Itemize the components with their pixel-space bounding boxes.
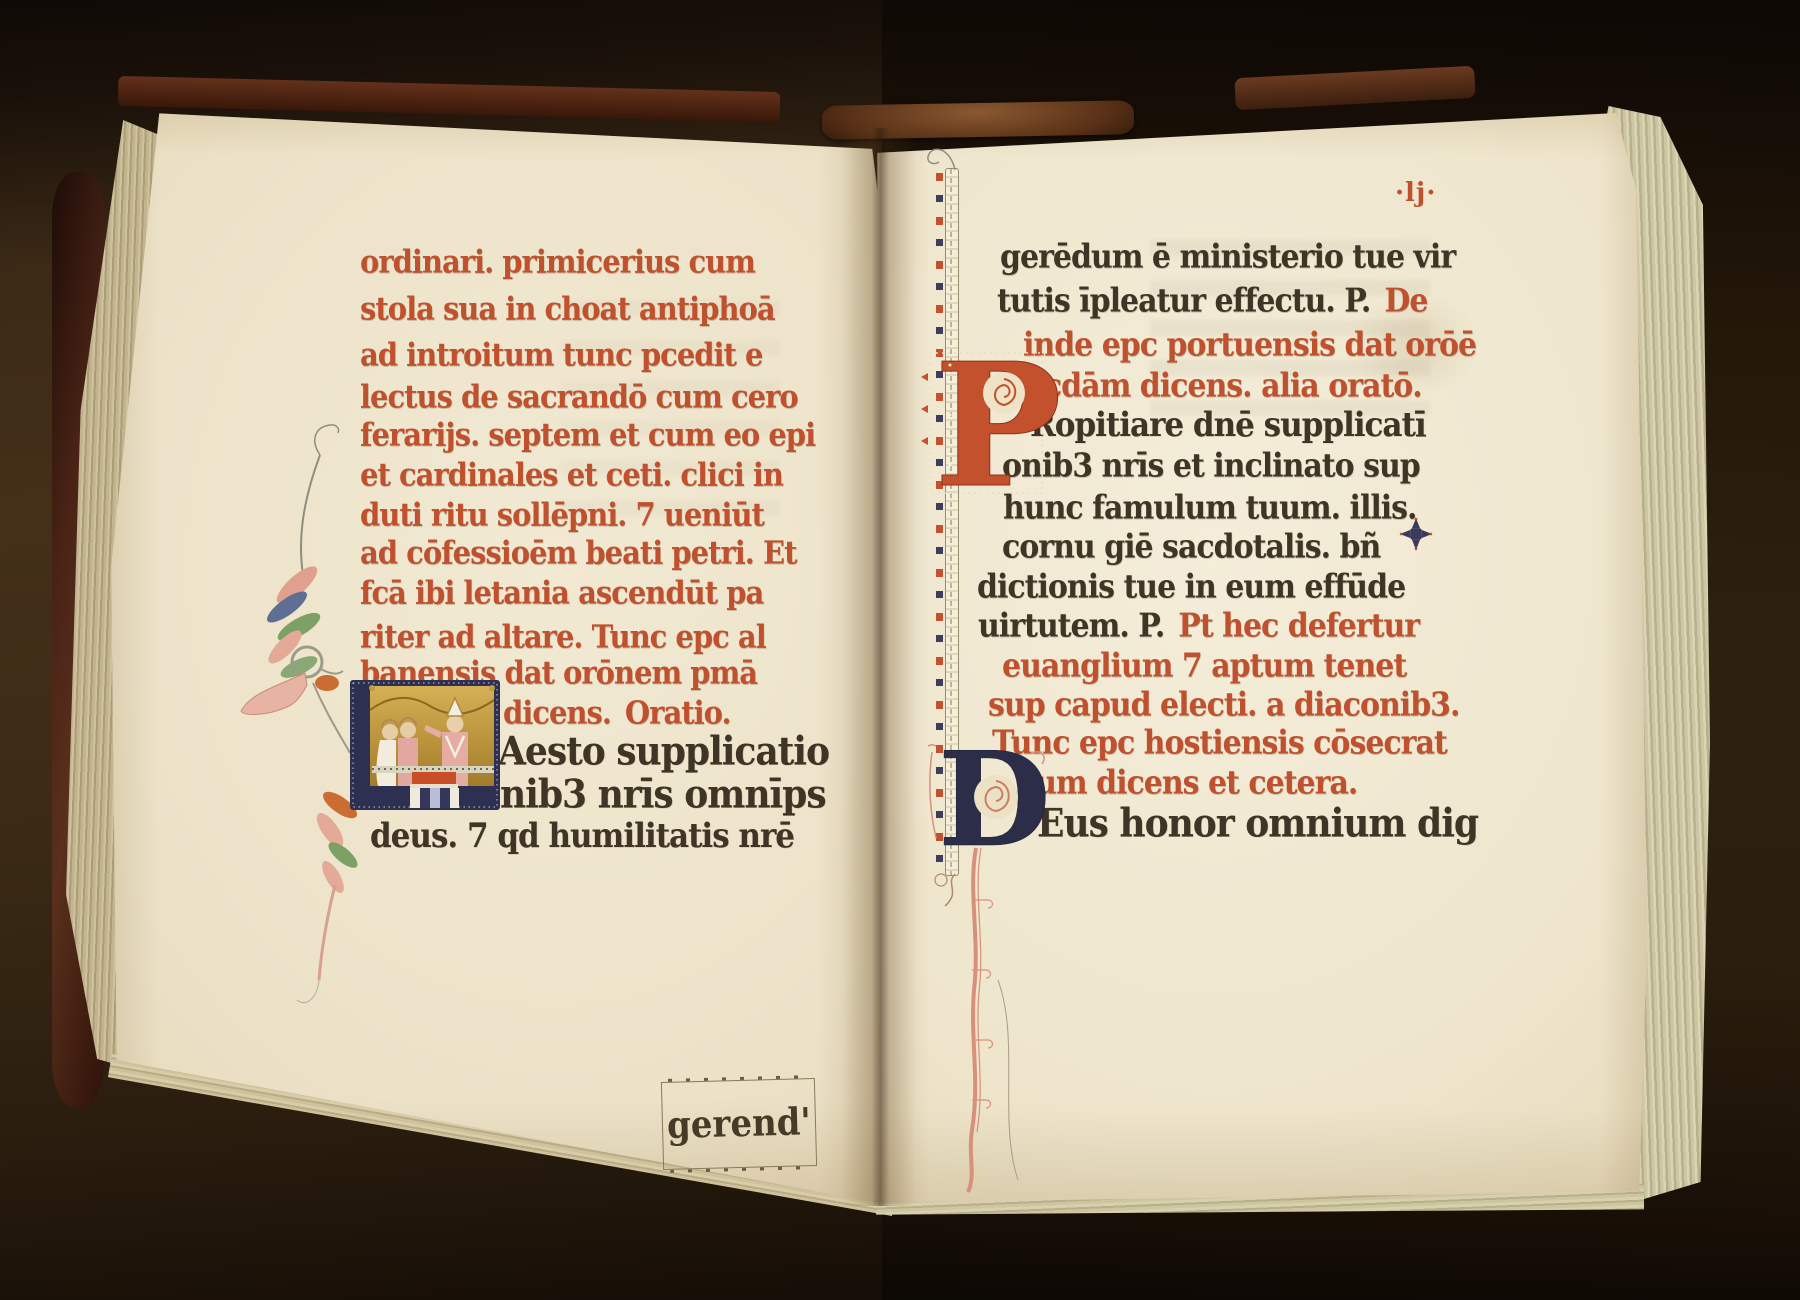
rubric-line: ordinari. primicerius cum [360,243,755,280]
prayer-line: deus. 7 qd humilitatis nrē [370,816,794,856]
text-line: Eus honor omnium dig [1037,800,1478,846]
oratio-label: Oratio. [625,694,731,731]
rubric-line: et cardinales et ceti. clici in [360,456,783,493]
initial-p: P [920,345,1060,500]
rubric-line: fcā ibi letania ascendūt pa [360,574,763,611]
text-line: scdām dicens. alia oratō. [1028,367,1422,406]
text-line: eum dicens et cetera. [1017,764,1357,803]
text-line: hunc famulum tuum. illis. [1003,489,1416,528]
catchword-frame: gerend' [661,1078,817,1170]
text-line: Ropitiare dnē supplicatī [1030,405,1426,445]
svg-text:P: P [934,345,1060,500]
historiated-initial-miniature [350,680,500,815]
rubric-line: duti ritu sollēpni. 7 ueniūt [360,496,764,533]
text-line: tutis īpleatur effectu. P.De [997,282,1427,321]
maltese-cross-icon [1398,516,1434,552]
rubric-line: riter ad altare. Tunc epc al [360,618,766,655]
rubric-line: stola sua in choat antiphoā [360,290,775,327]
rubric-line: ad cōfessioēm beati petri. Et [360,534,796,571]
text-line: euanglium 7 aptum tenet [1002,647,1406,686]
prayer-line: Aesto supplicatio [498,728,829,774]
text-line: dictionis tue in eum effūde [977,568,1405,607]
rubric-line: lectus de sacrandō cum cero [360,378,798,415]
text-line: cornu giē sacdotalis. bñ [1002,528,1380,567]
initial-d: D [928,740,1068,1200]
manuscript-photo: ordinari. primicerius cum stola sua in c… [0,0,1800,1300]
prayer-line: nib3 nrīs omnīps [500,771,826,817]
text-line: uirtutem. P.Pt hec defertur [978,607,1419,646]
rubric-line: ferarijs. septem et cum eo epi [360,416,815,453]
gutter-shadow [842,128,916,1206]
dicens-label: dicens. [503,694,611,731]
text-line: sup capud electi. a diaconib3. [988,686,1460,725]
folio-number: ·lj· [1395,178,1436,208]
oratio-line: dicens.Oratio. [503,694,731,731]
text-line: inde epc portuensis dat orōē [1023,326,1476,365]
catchword: gerend' [667,1100,812,1148]
text-line: gerēdum ē ministerio tue vir [1000,238,1455,277]
rubric-line: ad introitum tunc pcedit e [360,336,763,373]
text-line: onib3 nrīs et inclinato sup [1002,447,1420,486]
